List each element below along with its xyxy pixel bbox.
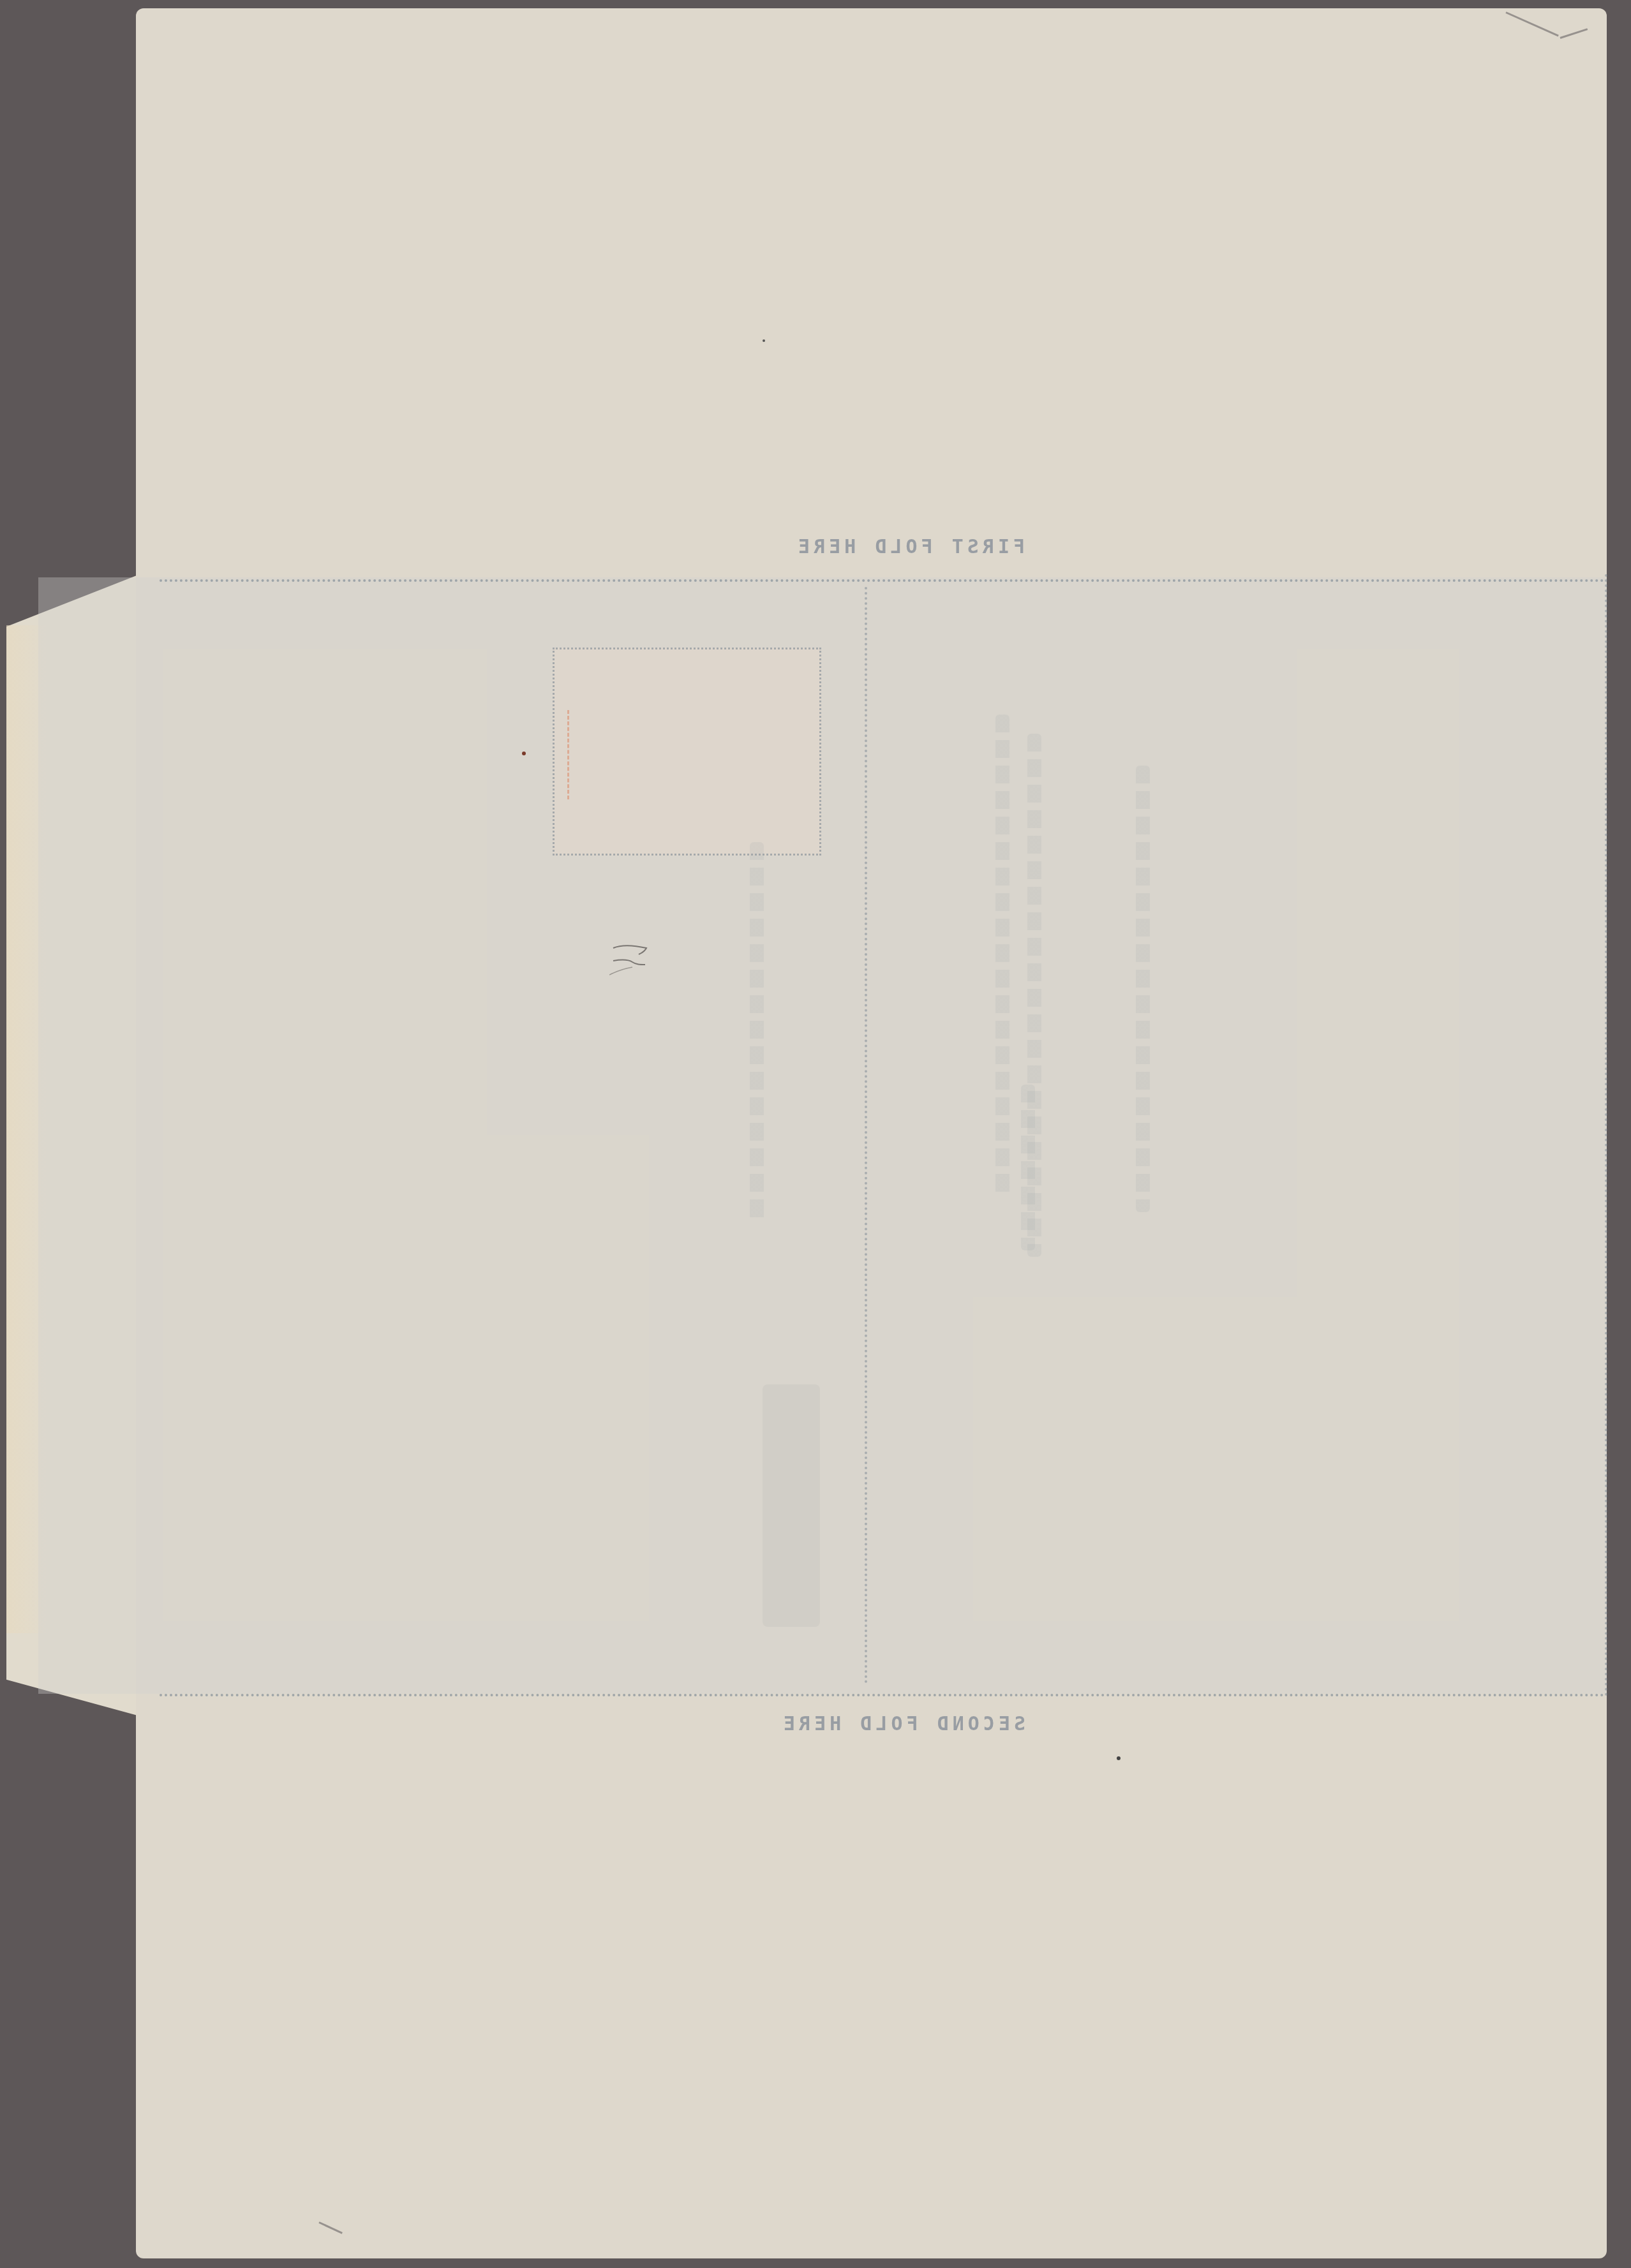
ghost-text-column xyxy=(1136,766,1150,1212)
speck xyxy=(763,339,765,342)
stamp-perforation xyxy=(567,710,572,799)
ghost-text-column xyxy=(995,715,1009,1199)
center-dotted-divider xyxy=(865,587,867,1684)
ghost-text-column xyxy=(1021,1085,1035,1250)
stamp-area xyxy=(553,648,821,856)
second-fold-label: SECOND FOLD HERE xyxy=(780,1713,1025,1735)
ghost-text-column xyxy=(750,842,764,1225)
ghost-emblem xyxy=(763,1384,820,1627)
pencil-mark-icon xyxy=(609,938,654,982)
bottom-dotted-border xyxy=(160,1694,1605,1696)
first-fold-label: FIRST FOLD HERE xyxy=(794,536,1025,558)
middle-panel xyxy=(38,577,1607,1694)
aerogramme-sheet: FIRST FOLD HERE SECOND FOLD HERE xyxy=(0,0,1631,2268)
speck xyxy=(522,752,526,755)
top-dotted-border xyxy=(160,579,1605,582)
right-edge-line xyxy=(1605,574,1607,1697)
speck xyxy=(1117,1756,1121,1760)
